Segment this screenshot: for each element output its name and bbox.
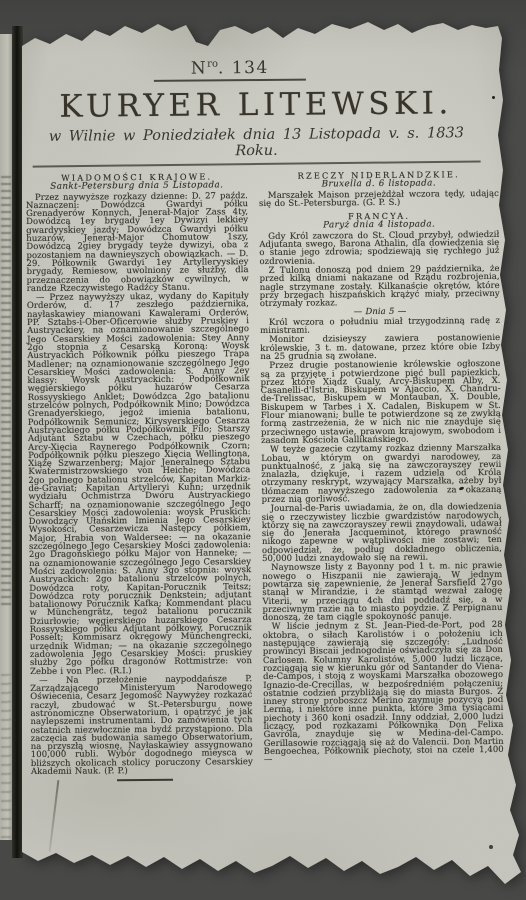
body-paragraph: Journal-de-Paris uwiadamia, że on, dla d… xyxy=(262,503,502,563)
masthead: Nro. 134 KURYER LITEWSKI. w Wilnie w Pon… xyxy=(28,56,485,166)
issue-prefix: N xyxy=(191,58,208,78)
issue-rest: . 134 xyxy=(218,58,269,78)
body-paragraph: Marszałek Maison przejeżdżał wczora tędy… xyxy=(259,190,499,209)
section-dateline: Bruxella d. 6 listopada. xyxy=(259,179,499,189)
issue-underline-rule xyxy=(154,79,306,82)
section-dateline: Sankt-Petersburg dnia 5 Listopada. xyxy=(26,181,248,191)
masthead-rule xyxy=(33,160,481,167)
body-paragraph: Przez naywyższe rozkazy dzienne: D. 27 p… xyxy=(26,192,249,293)
masthead-dateline: w Wilnie w Poniedziałek dnia 13 Listopad… xyxy=(28,125,484,161)
newspaper-page: Nro. 134 KURYER LITEWSKI. w Wilnie w Pon… xyxy=(0,0,526,900)
body-paragraph: Monitor dzisieyszy zawiera postanowienie… xyxy=(260,334,500,361)
body-paragraph: Naynowsze listy z Bayonny pod 1 t. m. ni… xyxy=(262,562,502,622)
right-column: RZECZY NIDERLANDZKIE. Bruxella d. 6 list… xyxy=(259,170,504,780)
newspaper-scan: Nro. 134 KURYER LITEWSKI. w Wilnie w Pon… xyxy=(0,0,526,900)
article-columns: WIADOMOŚCI KRAJOWE. Sankt-Petersburg dni… xyxy=(26,170,504,782)
body-paragraph: Gdy Król zawczora do St. Cloud przybył, … xyxy=(259,231,499,266)
end-of-section-rule xyxy=(117,779,173,781)
issue-number: Nro. 134 xyxy=(2,56,458,80)
masthead-title: KURYER LITEWSKI. xyxy=(28,85,484,125)
ink-speck xyxy=(492,96,495,99)
ink-speck xyxy=(489,845,493,849)
body-paragraph: Przez drugie postanowienie królewskie og… xyxy=(260,360,501,445)
body-paragraph: — Przez naywyższy ukaz, wydany do Kapitu… xyxy=(27,292,252,676)
body-paragraph: Z Tulonu donoszą pod dniem 29 październi… xyxy=(260,265,500,309)
body-paragraph: — Na przełożenie naypoddańsze P. Zarządz… xyxy=(30,675,253,776)
page-content: Nro. 134 KURYER LITEWSKI. w Wilnie w Pon… xyxy=(0,0,526,900)
body-paragraph: W liście jednym z St. Jean-Pied-de-Port,… xyxy=(263,621,504,764)
paper-shadow: Nro. 134 KURYER LITEWSKI. w Wilnie w Pon… xyxy=(0,0,526,900)
left-column: WIADOMOŚCI KRAJOWE. Sankt-Petersburg dni… xyxy=(26,172,253,782)
issue-superscript: ro xyxy=(207,59,218,70)
issue-block: Nro. 134 xyxy=(2,56,458,83)
body-paragraph: W teyże gazecie czytamy rozkaz dzienny M… xyxy=(261,444,501,504)
